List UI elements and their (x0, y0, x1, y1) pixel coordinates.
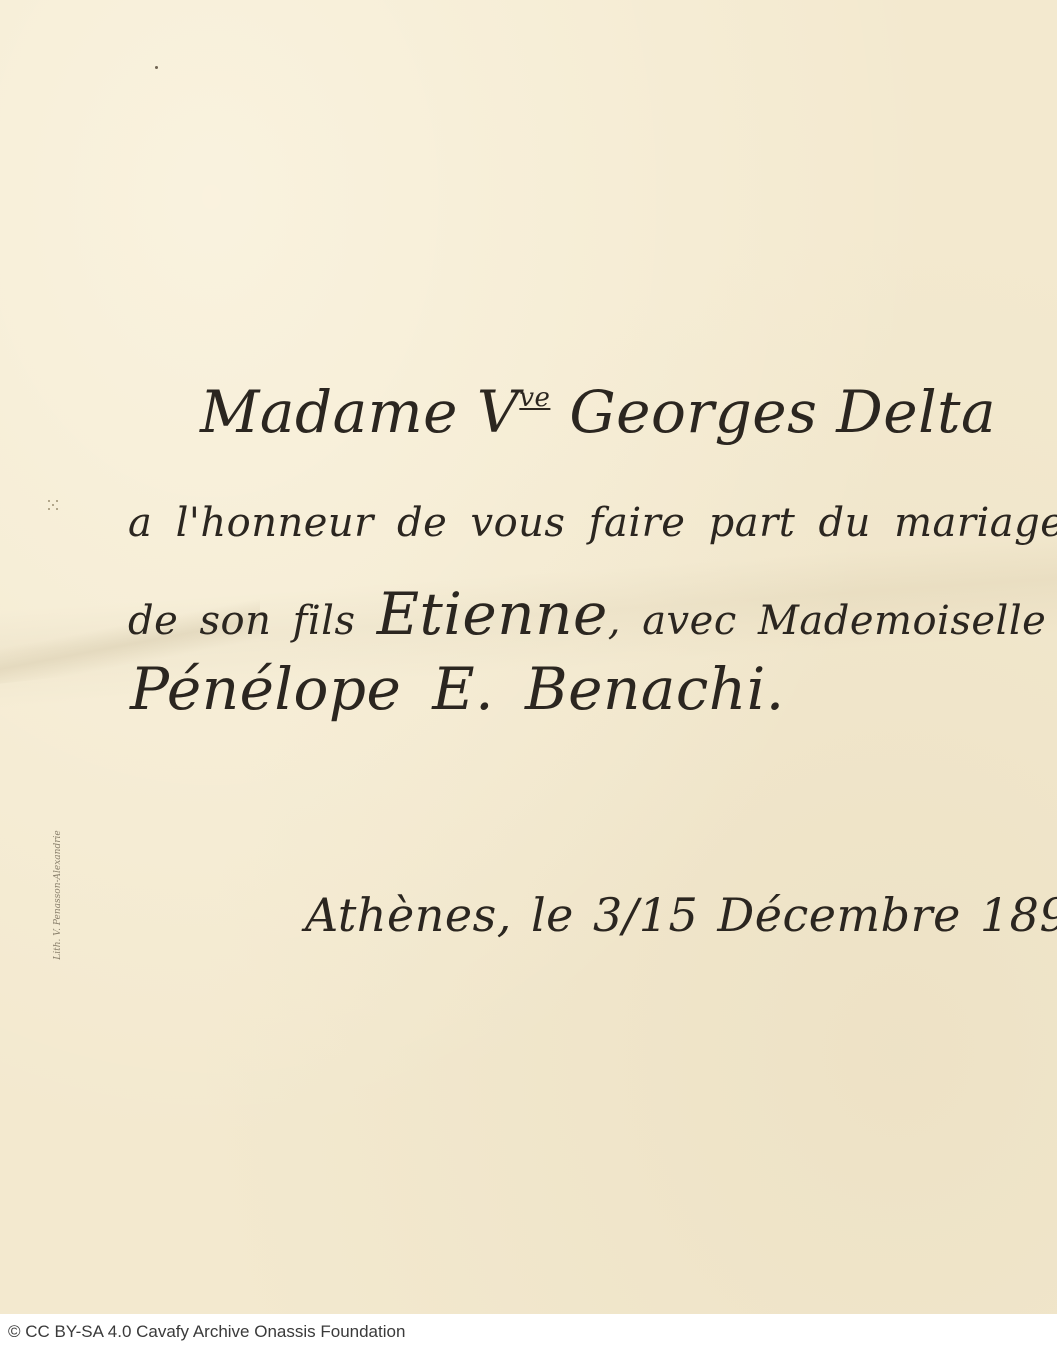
footer: © CC BY-SA 4.0 Cavafy Archive Onassis Fo… (0, 1314, 1057, 1354)
place-date-line: Athènes, le 3/15 Décembre 1895. (305, 888, 1057, 942)
announcement-line: a l'honneur de vous faire part du mariag… (128, 500, 1057, 546)
groom-name: Etienne (377, 580, 608, 648)
sender-name-prefix: Madame V (200, 378, 519, 446)
page: Madame Vve Georges Delta a l'honneur de … (0, 0, 1057, 1354)
paper-sheet: Madame Vve Georges Delta a l'honneur de … (0, 0, 1057, 1314)
sender-name-surname: Georges Delta (550, 378, 996, 446)
groom-suffix: , avec Mademoiselle (608, 598, 1047, 644)
copyright-notice: © CC BY-SA 4.0 Cavafy Archive Onassis Fo… (8, 1322, 405, 1342)
pin-holes (48, 500, 62, 514)
sender-name-line: Madame Vve Georges Delta (200, 378, 996, 446)
sender-name-superscript: ve (519, 383, 550, 413)
printer-imprint: Lith. V. Penasson-Alexandrie (53, 830, 63, 959)
bride-name-line: Pénélope E. Benachi. (130, 655, 785, 723)
groom-line: de son fils Etienne, avec Mademoiselle (128, 580, 1046, 648)
paper-speck (155, 66, 158, 69)
groom-prefix: de son fils (128, 598, 377, 644)
